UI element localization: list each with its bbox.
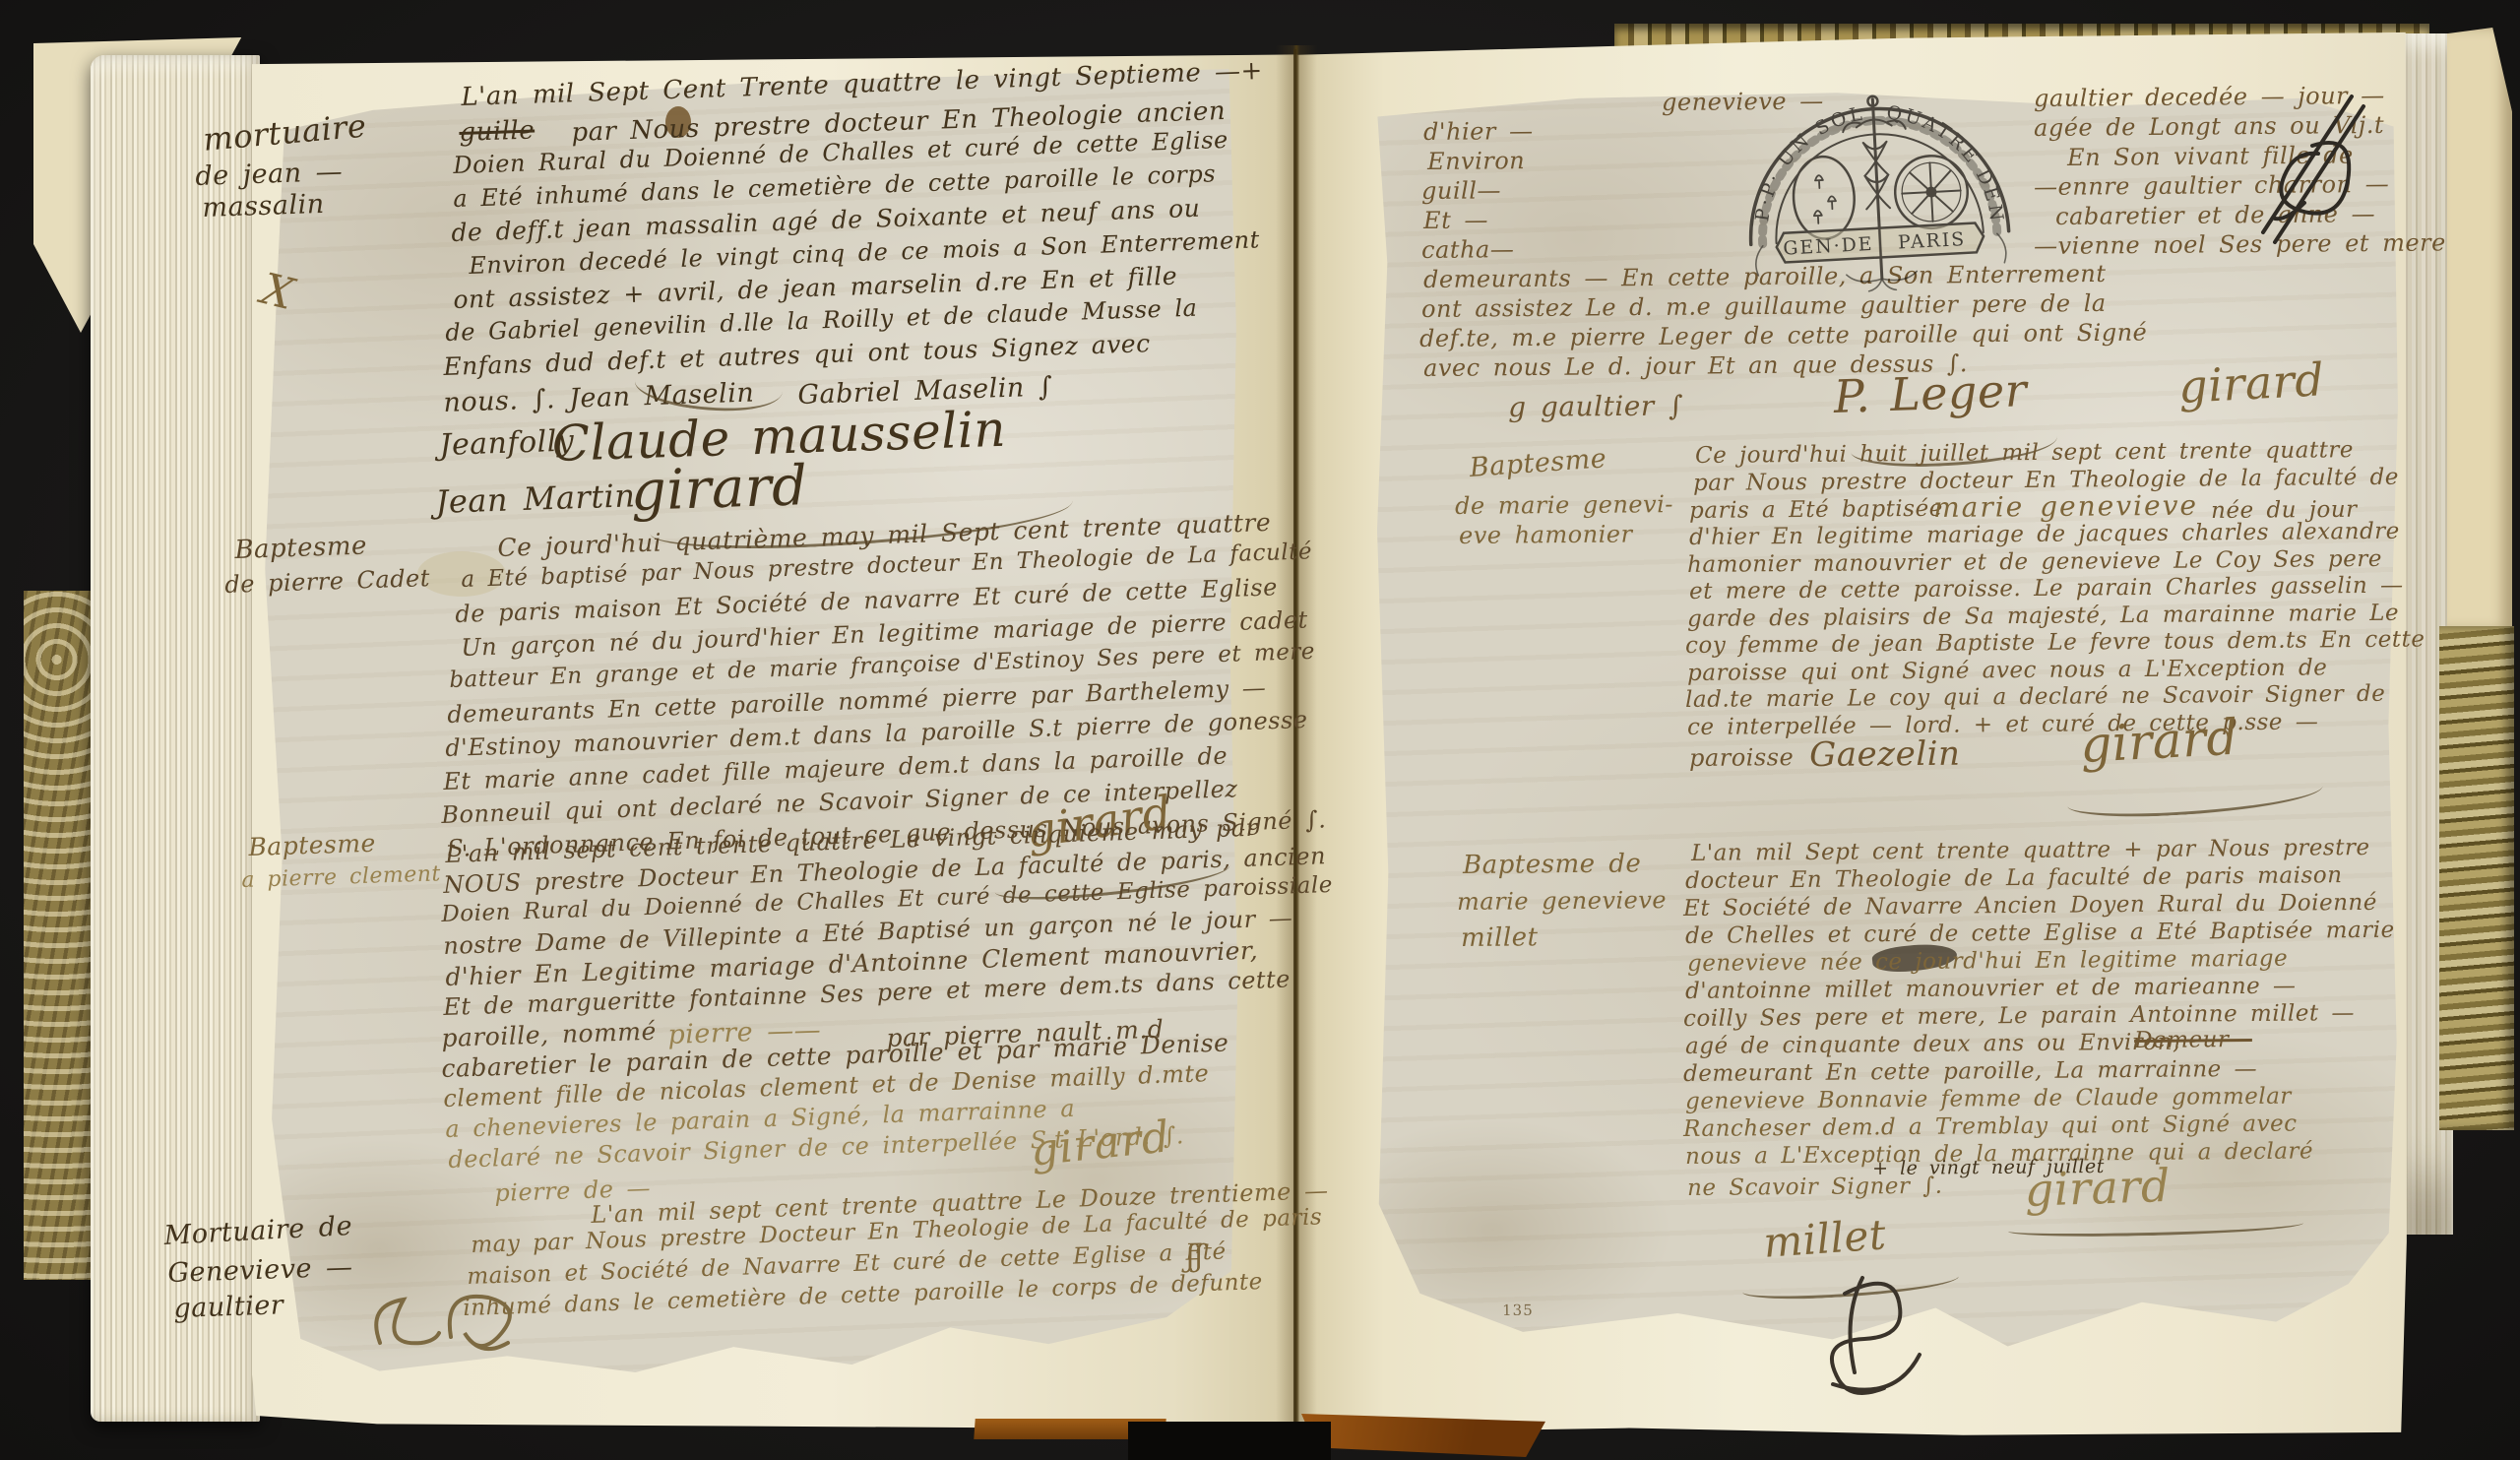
struck-word: Demeur— (2134, 1029, 2252, 1052)
manuscript-line: hamonier manouvrier et de genevieve Le C… (1687, 548, 2382, 577)
manuscript-line: paroille, nommé (441, 1019, 657, 1050)
manuscript-line: Ce jourd'hui huit juillet mil sept cent … (1695, 439, 2354, 468)
margin-note: millet (1461, 924, 1539, 951)
manuscript-line: genevieve née ce jourd'hui En legitime m… (1687, 948, 2288, 976)
signature: g gaultier ∫ (1508, 392, 1683, 421)
manuscript-line: docteur En Theologie de La faculté de pa… (1685, 864, 2343, 893)
signature: girard (2177, 356, 2325, 410)
signature: Gaezelin (1809, 737, 1961, 772)
manuscript-line: agé de cinquante deux ans ou Environ, (1685, 1032, 2180, 1058)
manuscript-scan-scene: mortuaire de jean — massalin X L'an mil … (0, 0, 2520, 1460)
margin-note: Baptesme (234, 534, 367, 563)
ld-paraph-flourish (352, 1278, 530, 1372)
manuscript-line: Et — (1423, 208, 1488, 232)
manuscript-line: lad.te marie Le coy qui a declaré ne Sca… (1685, 683, 2385, 712)
manuscript-line: d'antoinne millet manouvrier et de marie… (1685, 976, 2297, 1003)
manuscript-line: Et Société de Navarre Ancien Doyen Rural… (1683, 892, 2377, 920)
manuscript-line: catha— (1421, 237, 1514, 262)
signature: millet (1762, 1214, 1887, 1264)
right-marbled-board (2439, 626, 2514, 1130)
signature: girard (2024, 1163, 2172, 1213)
margin-note: eve hamonier (1459, 522, 1633, 547)
bottom-monogram-paraph (1811, 1268, 1939, 1406)
margin-note: de jean — (195, 159, 344, 190)
struck-word: guille (459, 117, 535, 146)
manuscript-line: garde des plaisirs de Sa majesté, La mar… (1687, 603, 2399, 631)
margin-note: de pierre Cadet (224, 566, 430, 597)
margin-note: Genevieve — (167, 1254, 353, 1287)
svg-text:QUATRE DEN: QUATRE DEN (1884, 95, 2008, 229)
emphasized-name: marie genevieve (1933, 492, 2198, 522)
gen-de-paris-tax-stamp: P·P· UN SOL QUATRE DEN GEN·DE PARIS (1726, 75, 2030, 298)
signature: girard (2079, 713, 2239, 770)
signature: P. Leger (1833, 367, 2028, 419)
manuscript-line: Rancheser dem.d a Tremblay qui ont Signé… (1683, 1113, 2298, 1141)
signature: Jean Martin (435, 479, 636, 518)
manuscript-line: paroisse (1689, 745, 1794, 770)
margin-note: Baptesme (248, 831, 376, 859)
manuscript-line: genevieve Bonnavie femme de Claude gomme… (1685, 1086, 2292, 1113)
manuscript-line: coilly Ses pere et mere, Le parain Antoi… (1683, 1002, 2355, 1031)
manuscript-line: d'hier — (1423, 119, 1534, 144)
gutter-bottom-shadow (1128, 1422, 1331, 1460)
margin-note: Baptesme de (1463, 851, 1641, 878)
manuscript-line: guill— (1421, 178, 1501, 203)
corner-notarial-paraph (2249, 85, 2377, 252)
paraph-tail-mark: ʃʃ (1186, 1241, 1204, 1272)
margin-note: massalin (202, 191, 325, 222)
margin-note: de marie genevi- (1455, 492, 1673, 518)
svg-text:PARIS: PARIS (1898, 228, 1967, 254)
manuscript-line: Environ (1427, 149, 1525, 173)
margin-note: gaultier (173, 1292, 284, 1322)
manuscript-line: —vienne noel Ses pere et mere (2034, 230, 2446, 258)
folio-number: 135 (1502, 1303, 1534, 1318)
manuscript-line: def.te, m.e pierre Leger de cette paroil… (1419, 321, 2147, 350)
manuscript-line: de Chelles et curé de cette Eglise a Eté… (1685, 920, 2395, 948)
manuscript-line: paroisse qui ont Signé avec nous a L'Exc… (1687, 657, 2327, 685)
right-cover-vellum-corner (2447, 28, 2512, 630)
manuscript-line: et mere de cette paroisse. Le parain Cha… (1689, 575, 2404, 603)
manuscript-line: paris a Eté baptisée (1689, 498, 1943, 523)
manuscript-line: d'hier En legitime mariage de jacques ch… (1689, 521, 2400, 549)
manuscript-line: demeurant En cette paroille, La marrainn… (1683, 1058, 2257, 1086)
margin-note: marie genevieve (1457, 888, 1667, 914)
manuscript-line: L'an mil Sept cent trente quattre + par … (1691, 837, 2370, 865)
